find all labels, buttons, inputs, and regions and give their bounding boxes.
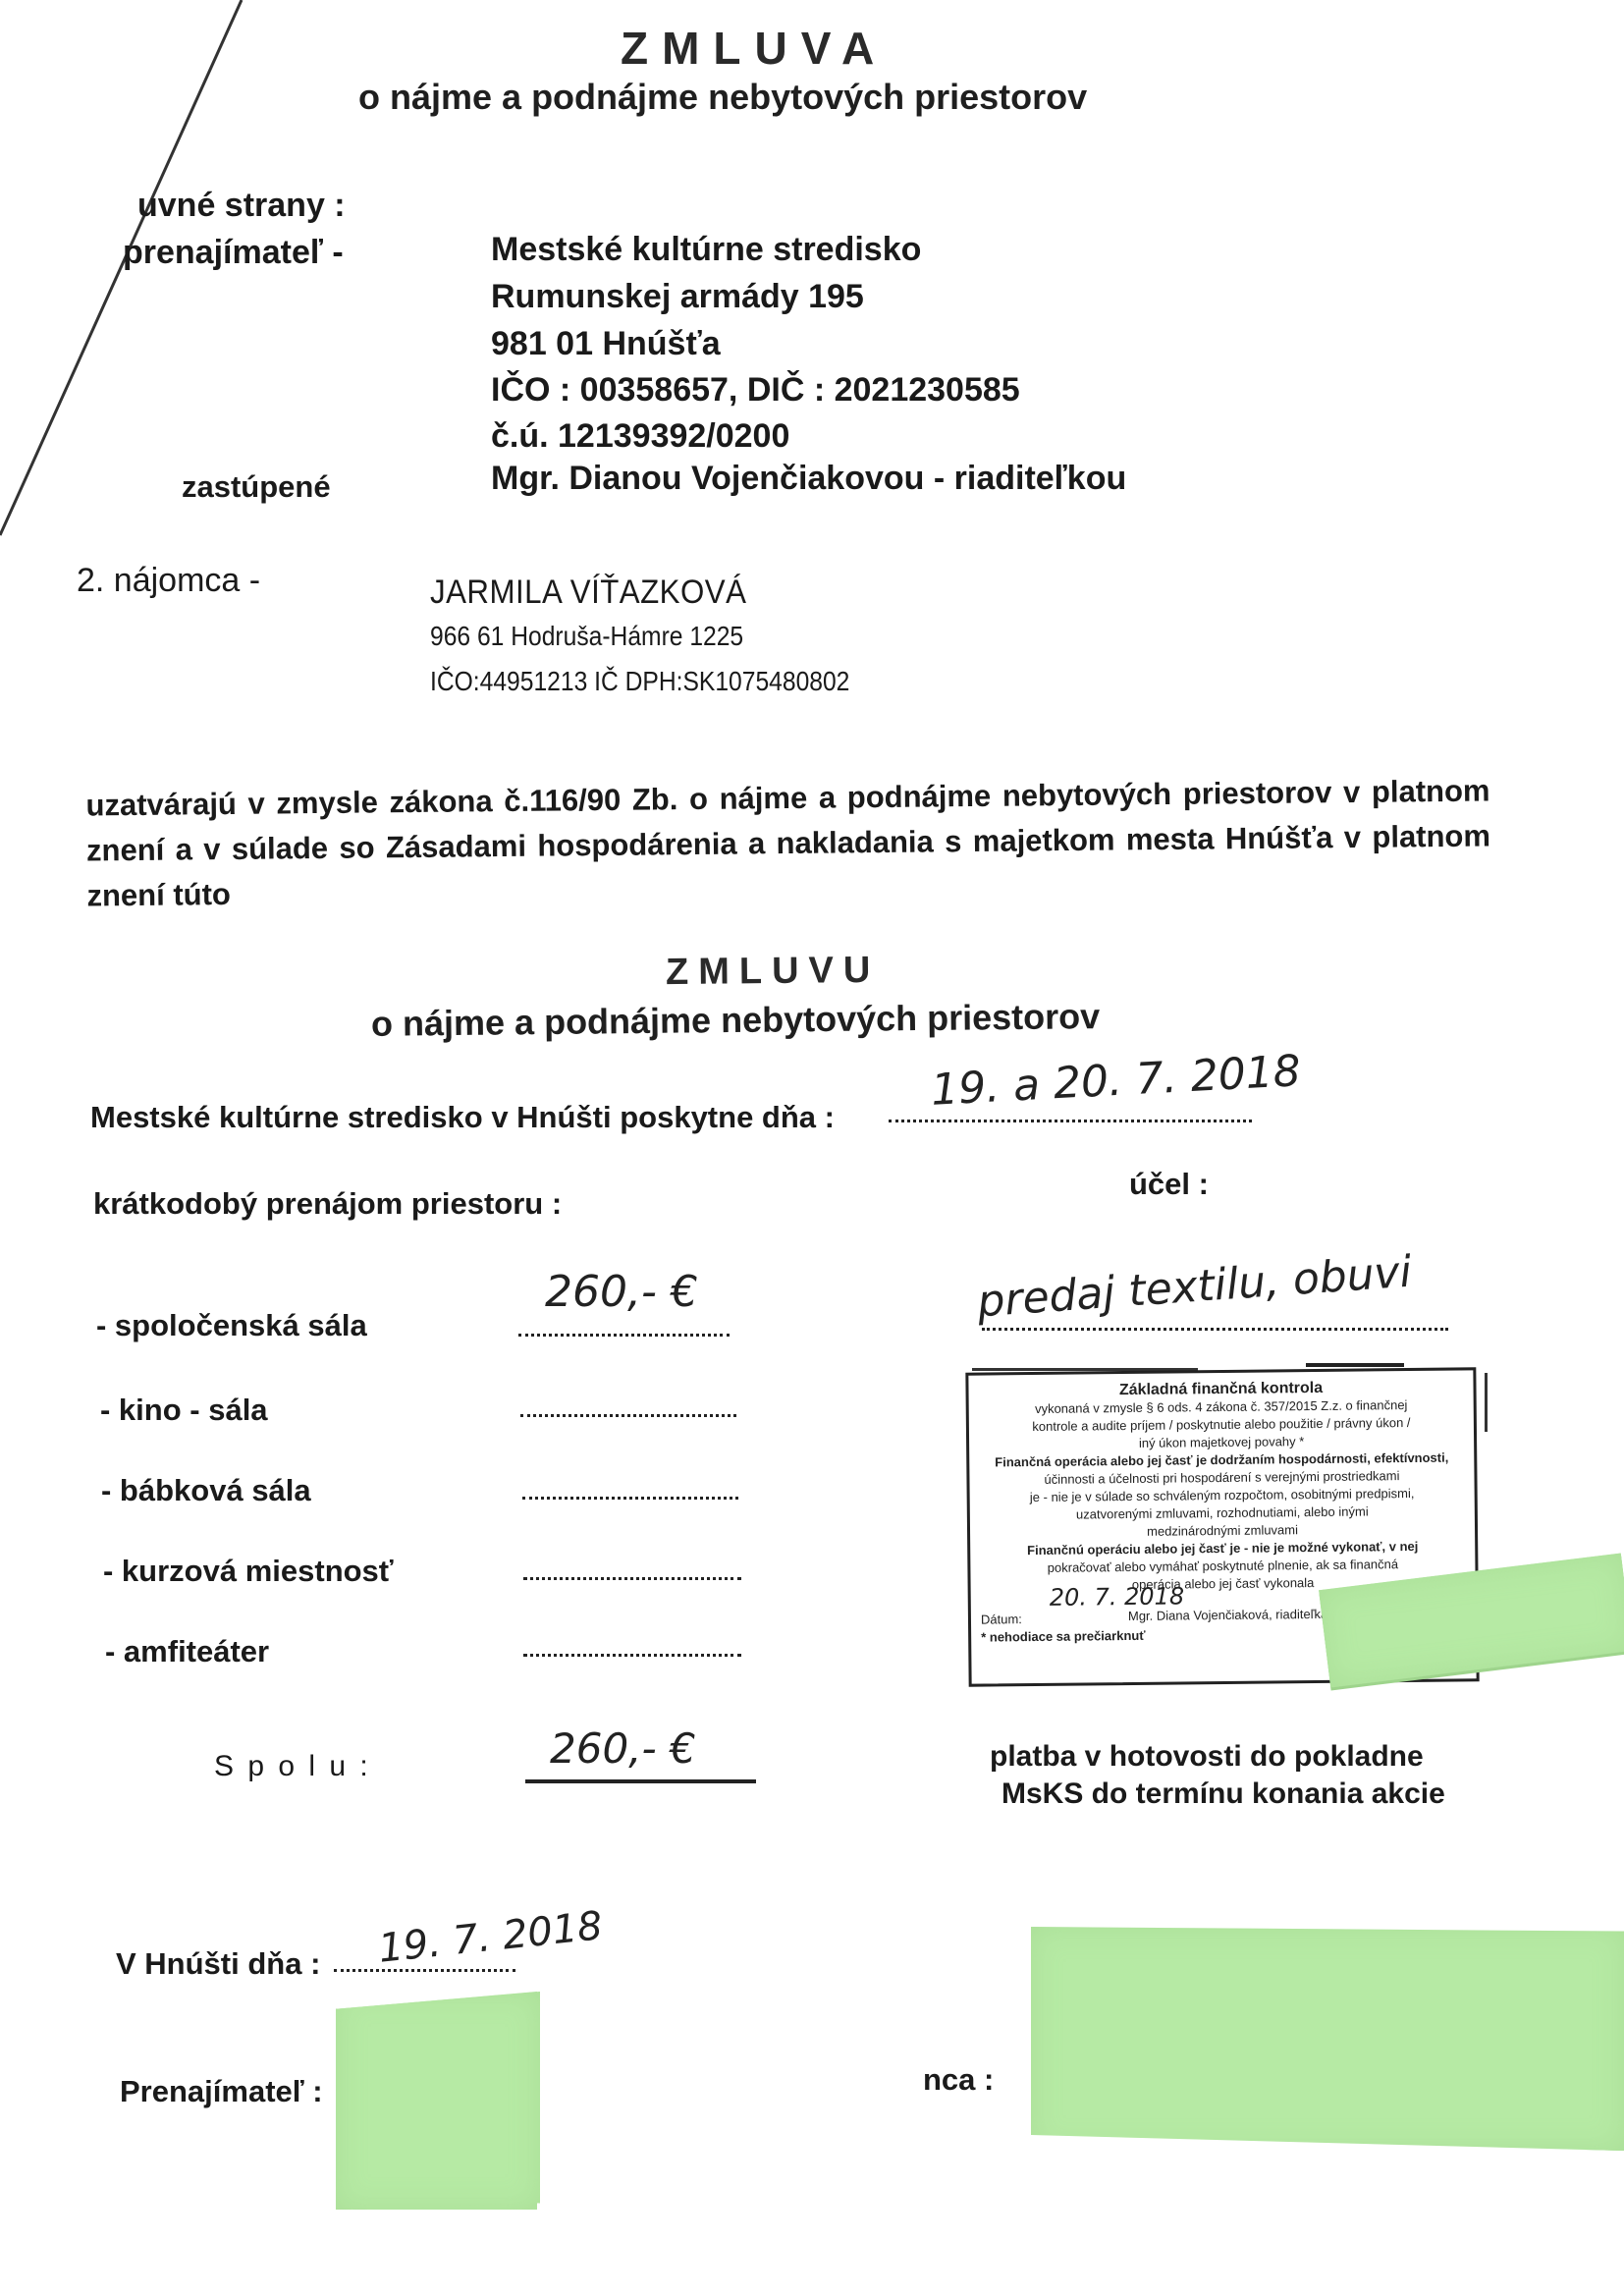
landlord-city: 981 01 Hnúšťa bbox=[491, 325, 721, 363]
place-date-value: 19. 7. 2018 bbox=[376, 1903, 605, 1972]
provides-label: Mestské kultúrne stredisko v Hnúšti posk… bbox=[90, 1100, 835, 1135]
place-date-label: V Hnúšti dňa : bbox=[116, 1946, 320, 1982]
tenant-label: 2. nájomca - bbox=[77, 562, 260, 600]
room-label: - kurzová miestnosť bbox=[103, 1554, 394, 1589]
stamp-date-label: Dátum: bbox=[981, 1611, 1022, 1628]
payment-note-line2: MsKS do termínu konania akcie bbox=[1001, 1777, 1445, 1811]
tenant-name: JARMILA VÍŤAZKOVÁ bbox=[430, 574, 746, 612]
provides-date-field[interactable] bbox=[889, 1120, 1252, 1122]
landlord-name: Mestské kultúrne stredisko bbox=[491, 231, 921, 269]
purpose-label: účel : bbox=[1129, 1167, 1209, 1202]
purpose-value: predaj textilu, obuvi bbox=[976, 1247, 1414, 1328]
signature-tenant-label: nca : bbox=[923, 2062, 994, 2098]
landlord-account: č.ú. 12139392/0200 bbox=[491, 417, 789, 456]
tenant-ids: IČO:44951213 IČ DPH:SK1075480802 bbox=[430, 666, 849, 697]
stamp-right-edge bbox=[1485, 1373, 1488, 1432]
stamp-date-value: 20. 7. 2018 bbox=[1050, 1587, 1185, 1606]
total-field[interactable] bbox=[525, 1779, 756, 1783]
pen-stroke-line bbox=[0, 0, 255, 550]
provides-date-value: 19. a 20. 7. 2018 bbox=[930, 1046, 1302, 1116]
purpose-field[interactable] bbox=[982, 1328, 1448, 1331]
room-price-field[interactable] bbox=[520, 1414, 736, 1417]
landlord-ids: IČO : 00358657, DIČ : 2021230585 bbox=[491, 371, 1020, 410]
room-label: - kino - sála bbox=[100, 1393, 268, 1428]
represented-label: zastúpené bbox=[182, 469, 331, 505]
redaction-note-landlord-signature-main bbox=[336, 1992, 540, 2210]
room-price-field[interactable] bbox=[522, 1497, 738, 1500]
room-price-value: 260,- € bbox=[545, 1267, 698, 1317]
room-label: - spoločenská sála bbox=[96, 1308, 367, 1343]
stamp-top-rule-right bbox=[1306, 1363, 1404, 1367]
stamp-signer: Mgr. Diana Vojenčiaková, riaditeľka, po bbox=[1128, 1606, 1349, 1625]
landlord-label: prenajímateľ - bbox=[123, 234, 344, 272]
room-price-field[interactable] bbox=[518, 1334, 730, 1337]
second-subtitle: o nájme a podnájme nebytových priestorov bbox=[371, 996, 1101, 1045]
room-price-field[interactable] bbox=[523, 1654, 741, 1657]
tenant-address: 966 61 Hodruša-Hámre 1225 bbox=[430, 621, 743, 652]
redaction-note-tenant-signature bbox=[1031, 1927, 1624, 2151]
total-value: 260,- € bbox=[550, 1724, 696, 1773]
document-subtitle: o nájme a podnájme nebytových priestorov bbox=[358, 77, 1087, 118]
intro-paragraph: uzatvárajú v zmysle zákona č.116/90 Zb. … bbox=[85, 769, 1490, 919]
room-label: - amfiteáter bbox=[105, 1634, 269, 1669]
total-label: S p o l u : bbox=[214, 1750, 371, 1783]
room-label: - bábková sála bbox=[101, 1473, 311, 1508]
payment-note-line1: platba v hotovosti do pokladne bbox=[990, 1740, 1424, 1774]
place-date-field[interactable] bbox=[334, 1969, 515, 1972]
second-title: ZMLUVU bbox=[666, 950, 881, 994]
short-term-label: krátkodobý prenájom priestoru : bbox=[93, 1186, 562, 1222]
signature-landlord-label: Prenajímateľ : bbox=[120, 2074, 323, 2109]
room-price-field[interactable] bbox=[523, 1577, 741, 1580]
landlord-street: Rumunskej armády 195 bbox=[491, 278, 864, 316]
parties-heading: uvné strany : bbox=[137, 187, 346, 225]
document-title: ZMLUVA bbox=[621, 22, 888, 75]
represented-by: Mgr. Dianou Vojenčiakovou - riaditeľkou bbox=[491, 460, 1126, 498]
